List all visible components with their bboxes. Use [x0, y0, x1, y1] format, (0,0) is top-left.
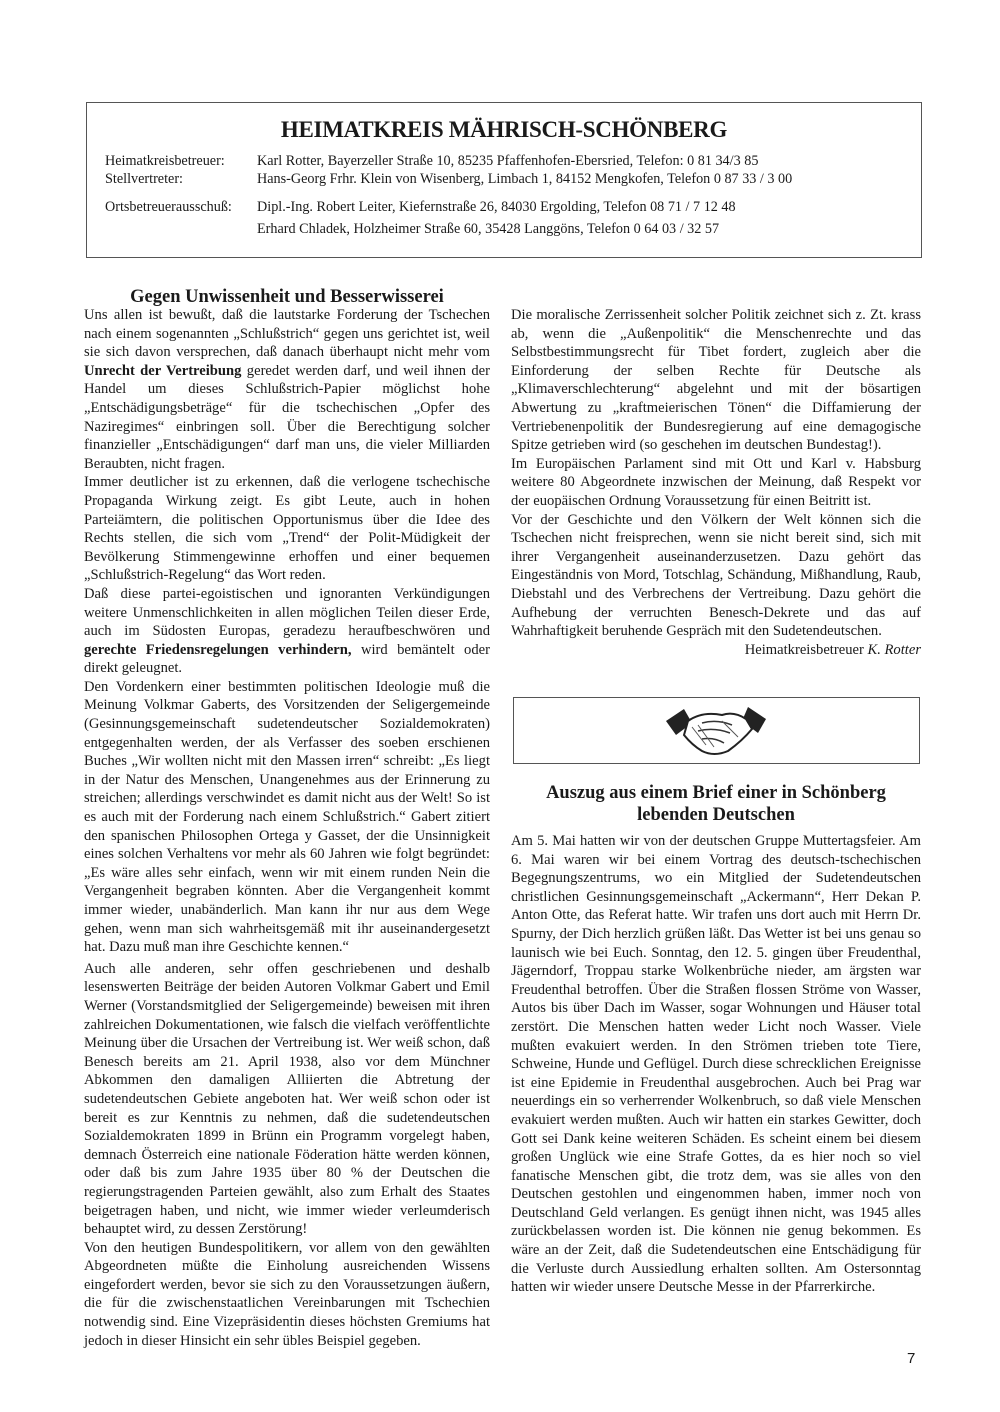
contact-row: Stellvertreter:Hans-Georg Frhr. Klein vo… [105, 171, 792, 188]
bold-text: gerechte Friedensregelungen verhindern, [84, 642, 352, 658]
signature-name: K. Rotter [867, 642, 921, 658]
contact-row: Erhard Chladek, Holzheimer Straße 60, 35… [105, 221, 719, 238]
paragraph: Uns allen ist bewußt, daß die lautstarke… [84, 306, 490, 473]
page-number: 7 [907, 1350, 915, 1367]
paragraph: Auch alle anderen, sehr offen geschriebe… [84, 960, 490, 1239]
handshake-icon [662, 701, 772, 761]
text: Uns allen ist bewußt, daß die lautstarke… [84, 307, 490, 360]
contact-label: Heimatkreisbetreuer: [105, 153, 257, 170]
text: geredet werden darf, und weil ihnen der … [84, 363, 490, 472]
bold-text: Unrecht der Vertreibung [84, 363, 241, 379]
contact-value: Karl Rotter, Bayerzeller Straße 10, 8523… [257, 153, 758, 169]
paragraph: Den Vordenkern einer bestimmten politisc… [84, 678, 490, 957]
paragraph: Von den heutigen Bundespolitikern, vor a… [84, 1239, 490, 1351]
article-column-right: Die moralische Zerrissenheit solcher Pol… [511, 306, 921, 659]
header-box: HEIMATKREIS MÄHRISCH-SCHÖNBERG Heimatkre… [86, 102, 922, 258]
contact-label: Ortsbetreuerausschuß: [105, 199, 257, 216]
page-title: HEIMATKREIS MÄHRISCH-SCHÖNBERG [87, 117, 921, 143]
paragraph: Die moralische Zerrissenheit solcher Pol… [511, 306, 921, 455]
contact-label: Stellvertreter: [105, 171, 257, 188]
illustration-box [513, 697, 920, 764]
contact-row: Heimatkreisbetreuer:Karl Rotter, Bayerze… [105, 153, 758, 170]
article-title: Auszug aus einem Brief einer in Schönber… [511, 782, 921, 826]
text: Daß diese partei-egoistischen und ignora… [84, 586, 490, 639]
paragraph: Im Europäischen Parlament sind mit Ott u… [511, 455, 921, 511]
contact-value: Erhard Chladek, Holzheimer Straße 60, 35… [257, 221, 719, 237]
contact-value: Hans-Georg Frhr. Klein von Wisenberg, Li… [257, 171, 792, 187]
contact-value: Dipl.-Ing. Robert Leiter, Kiefernstraße … [257, 199, 736, 215]
paragraph: Immer deutlicher ist zu erkennen, daß di… [84, 473, 490, 585]
article-column-left: Uns allen ist bewußt, daß die lautstarke… [84, 306, 490, 1350]
article-title: Gegen Unwissenheit und Besserwisserei [84, 286, 490, 308]
contact-row: Ortsbetreuerausschuß:Dipl.-Ing. Robert L… [105, 199, 736, 216]
signature-role: Heimatkreisbetreuer [745, 642, 864, 658]
paragraph: Vor der Geschichte und den Völkern der W… [511, 511, 921, 641]
paragraph: Daß diese partei-egoistischen und ignora… [84, 585, 490, 678]
signature: Heimatkreisbetreuer K. Rotter [511, 641, 921, 660]
article-body: Am 5. Mai hatten wir von der deutschen G… [511, 832, 921, 1297]
